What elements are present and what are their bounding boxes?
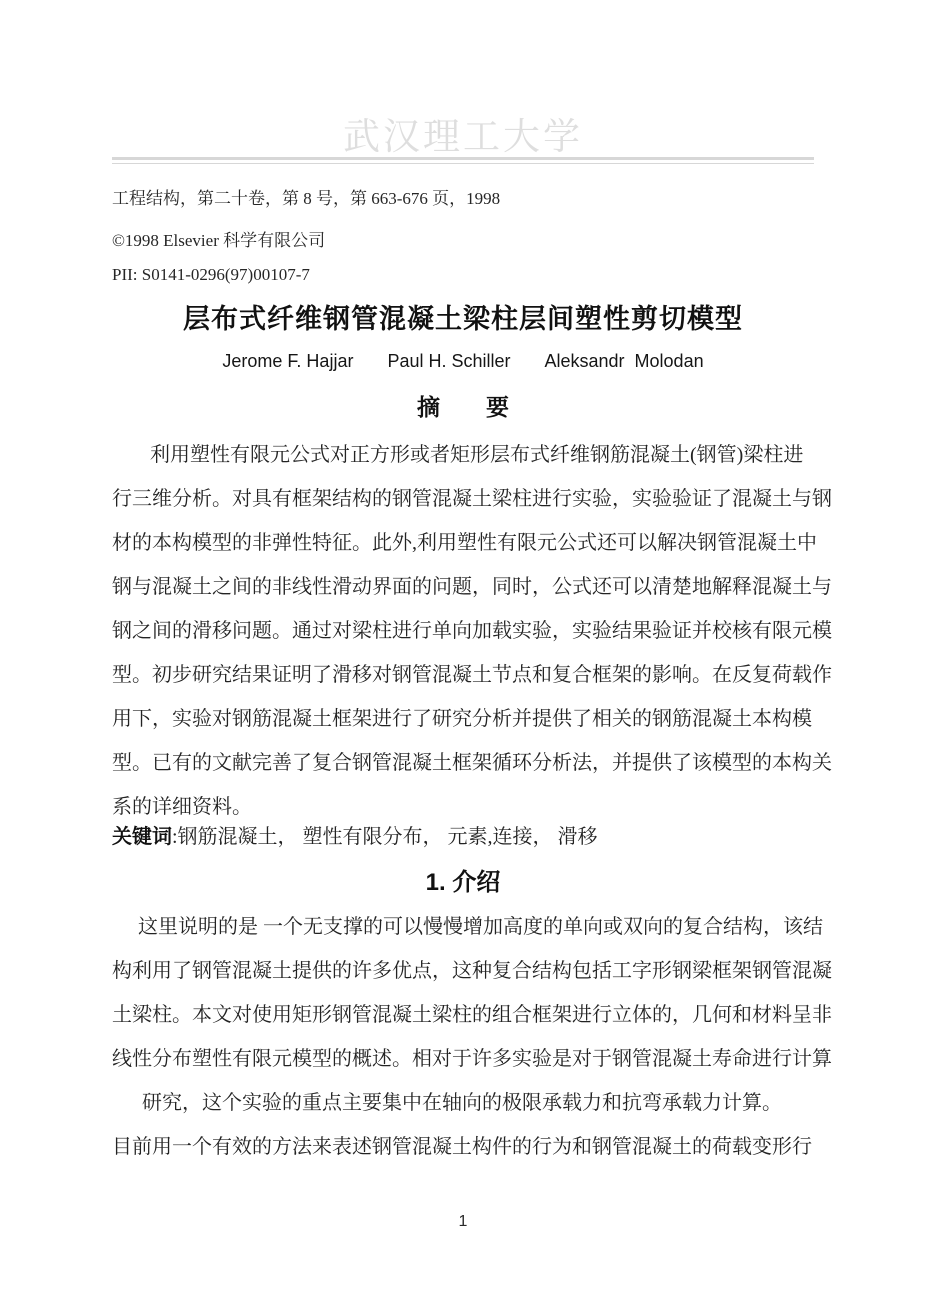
copyright-line: ©1998 Elsevier 科学有限公司	[112, 226, 325, 251]
introduction-text-line: 土梁柱。本文对使用矩形钢管混凝土梁柱的组合框架进行立体的，几何和材料呈非	[112, 993, 814, 1037]
abstract-text-line: 用下，实验对钢筋混凝土框架进行了研究分析并提供了相关的钢筋混凝土本构模	[112, 697, 814, 741]
keywords-line: 关键词:钢筋混凝土， 塑性有限分布， 元素,连接， 滑移	[112, 815, 814, 859]
authors-line: Jerome F. HajjarPaul H. SchillerAleksand…	[0, 351, 926, 372]
introduction-text-line: 这里说明的是 一个无支撑的可以慢慢增加高度的单向或双向的复合结构，该结	[112, 905, 814, 949]
abstract-text-line: 钢之间的滑移问题。通过对梁柱进行单向加载实验，实验结果验证并校核有限元模	[112, 609, 814, 653]
abstract-paragraph: 利用塑性有限元公式对正方形或者矩形层布式纤维钢筋混凝土(钢管)梁柱进行三维分析。…	[112, 433, 814, 829]
paper-title: 层布式纤维钢管混凝土梁柱层间塑性剪切模型	[0, 297, 926, 336]
author-name: Paul H. Schiller	[387, 351, 510, 372]
abstract-text-line: 行三维分析。对具有框架结构的钢管混凝土梁柱进行实验，实验验证了混凝土与钢	[112, 477, 814, 521]
section-heading-introduction: 1. 介绍	[0, 862, 926, 897]
page-number: 1	[0, 1213, 926, 1231]
abstract-text-line: 材的本构模型的非弹性特征。此外,利用塑性有限元公式还可以解决钢管混凝土中	[112, 521, 814, 565]
abstract-text-line: 型。已有的文献完善了复合钢管混凝土框架循环分析法，并提供了该模型的本构关	[112, 741, 814, 785]
watermark: 武汉理工大学	[0, 106, 926, 160]
abstract-text-line: 钢与混凝土之间的非线性滑动界面的问题，同时，公式还可以清楚地解释混凝土与	[112, 565, 814, 609]
introduction-text-line: 线性分布塑性有限元模型的概述。相对于许多实验是对于钢管混凝土寿命进行计算	[112, 1037, 814, 1081]
abstract-heading: 摘 要	[0, 389, 926, 422]
introduction-text-line: 研究，这个实验的重点主要集中在轴向的极限承载力和抗弯承载力计算。	[112, 1081, 814, 1125]
introduction-text-line: 目前用一个有效的方法来表述钢管混凝土构件的行为和钢管混凝土的荷载变形行	[112, 1125, 814, 1169]
journal-citation-line: 工程结构，第二十卷，第 8 号，第 663-676 页，1998	[112, 184, 500, 209]
author-name: Aleksandr Molodan	[545, 351, 704, 372]
abstract-text-line: 型。初步研究结果证明了滑移对钢管混凝土节点和复合框架的影响。在反复荷载作	[112, 653, 814, 697]
pii-line: PII: S0141-0296(97)00107-7	[112, 265, 310, 285]
author-name: Jerome F. Hajjar	[222, 351, 353, 372]
keywords-label: 关键词	[112, 826, 172, 848]
header-rule-thick	[112, 157, 814, 160]
keywords-text: :钢筋混凝土， 塑性有限分布， 元素,连接， 滑移	[172, 826, 598, 848]
introduction-text-line: 构利用了钢管混凝土提供的许多优点，这种复合结构包括工字形钢梁框架钢管混凝	[112, 949, 814, 993]
abstract-text-line: 利用塑性有限元公式对正方形或者矩形层布式纤维钢筋混凝土(钢管)梁柱进	[112, 433, 814, 477]
introduction-paragraph: 这里说明的是 一个无支撑的可以慢慢增加高度的单向或双向的复合结构，该结构利用了钢…	[112, 905, 814, 1169]
document-page: 武汉理工大学 工程结构，第二十卷，第 8 号，第 663-676 页，1998 …	[0, 0, 926, 1309]
header-rule-thin	[112, 163, 814, 164]
